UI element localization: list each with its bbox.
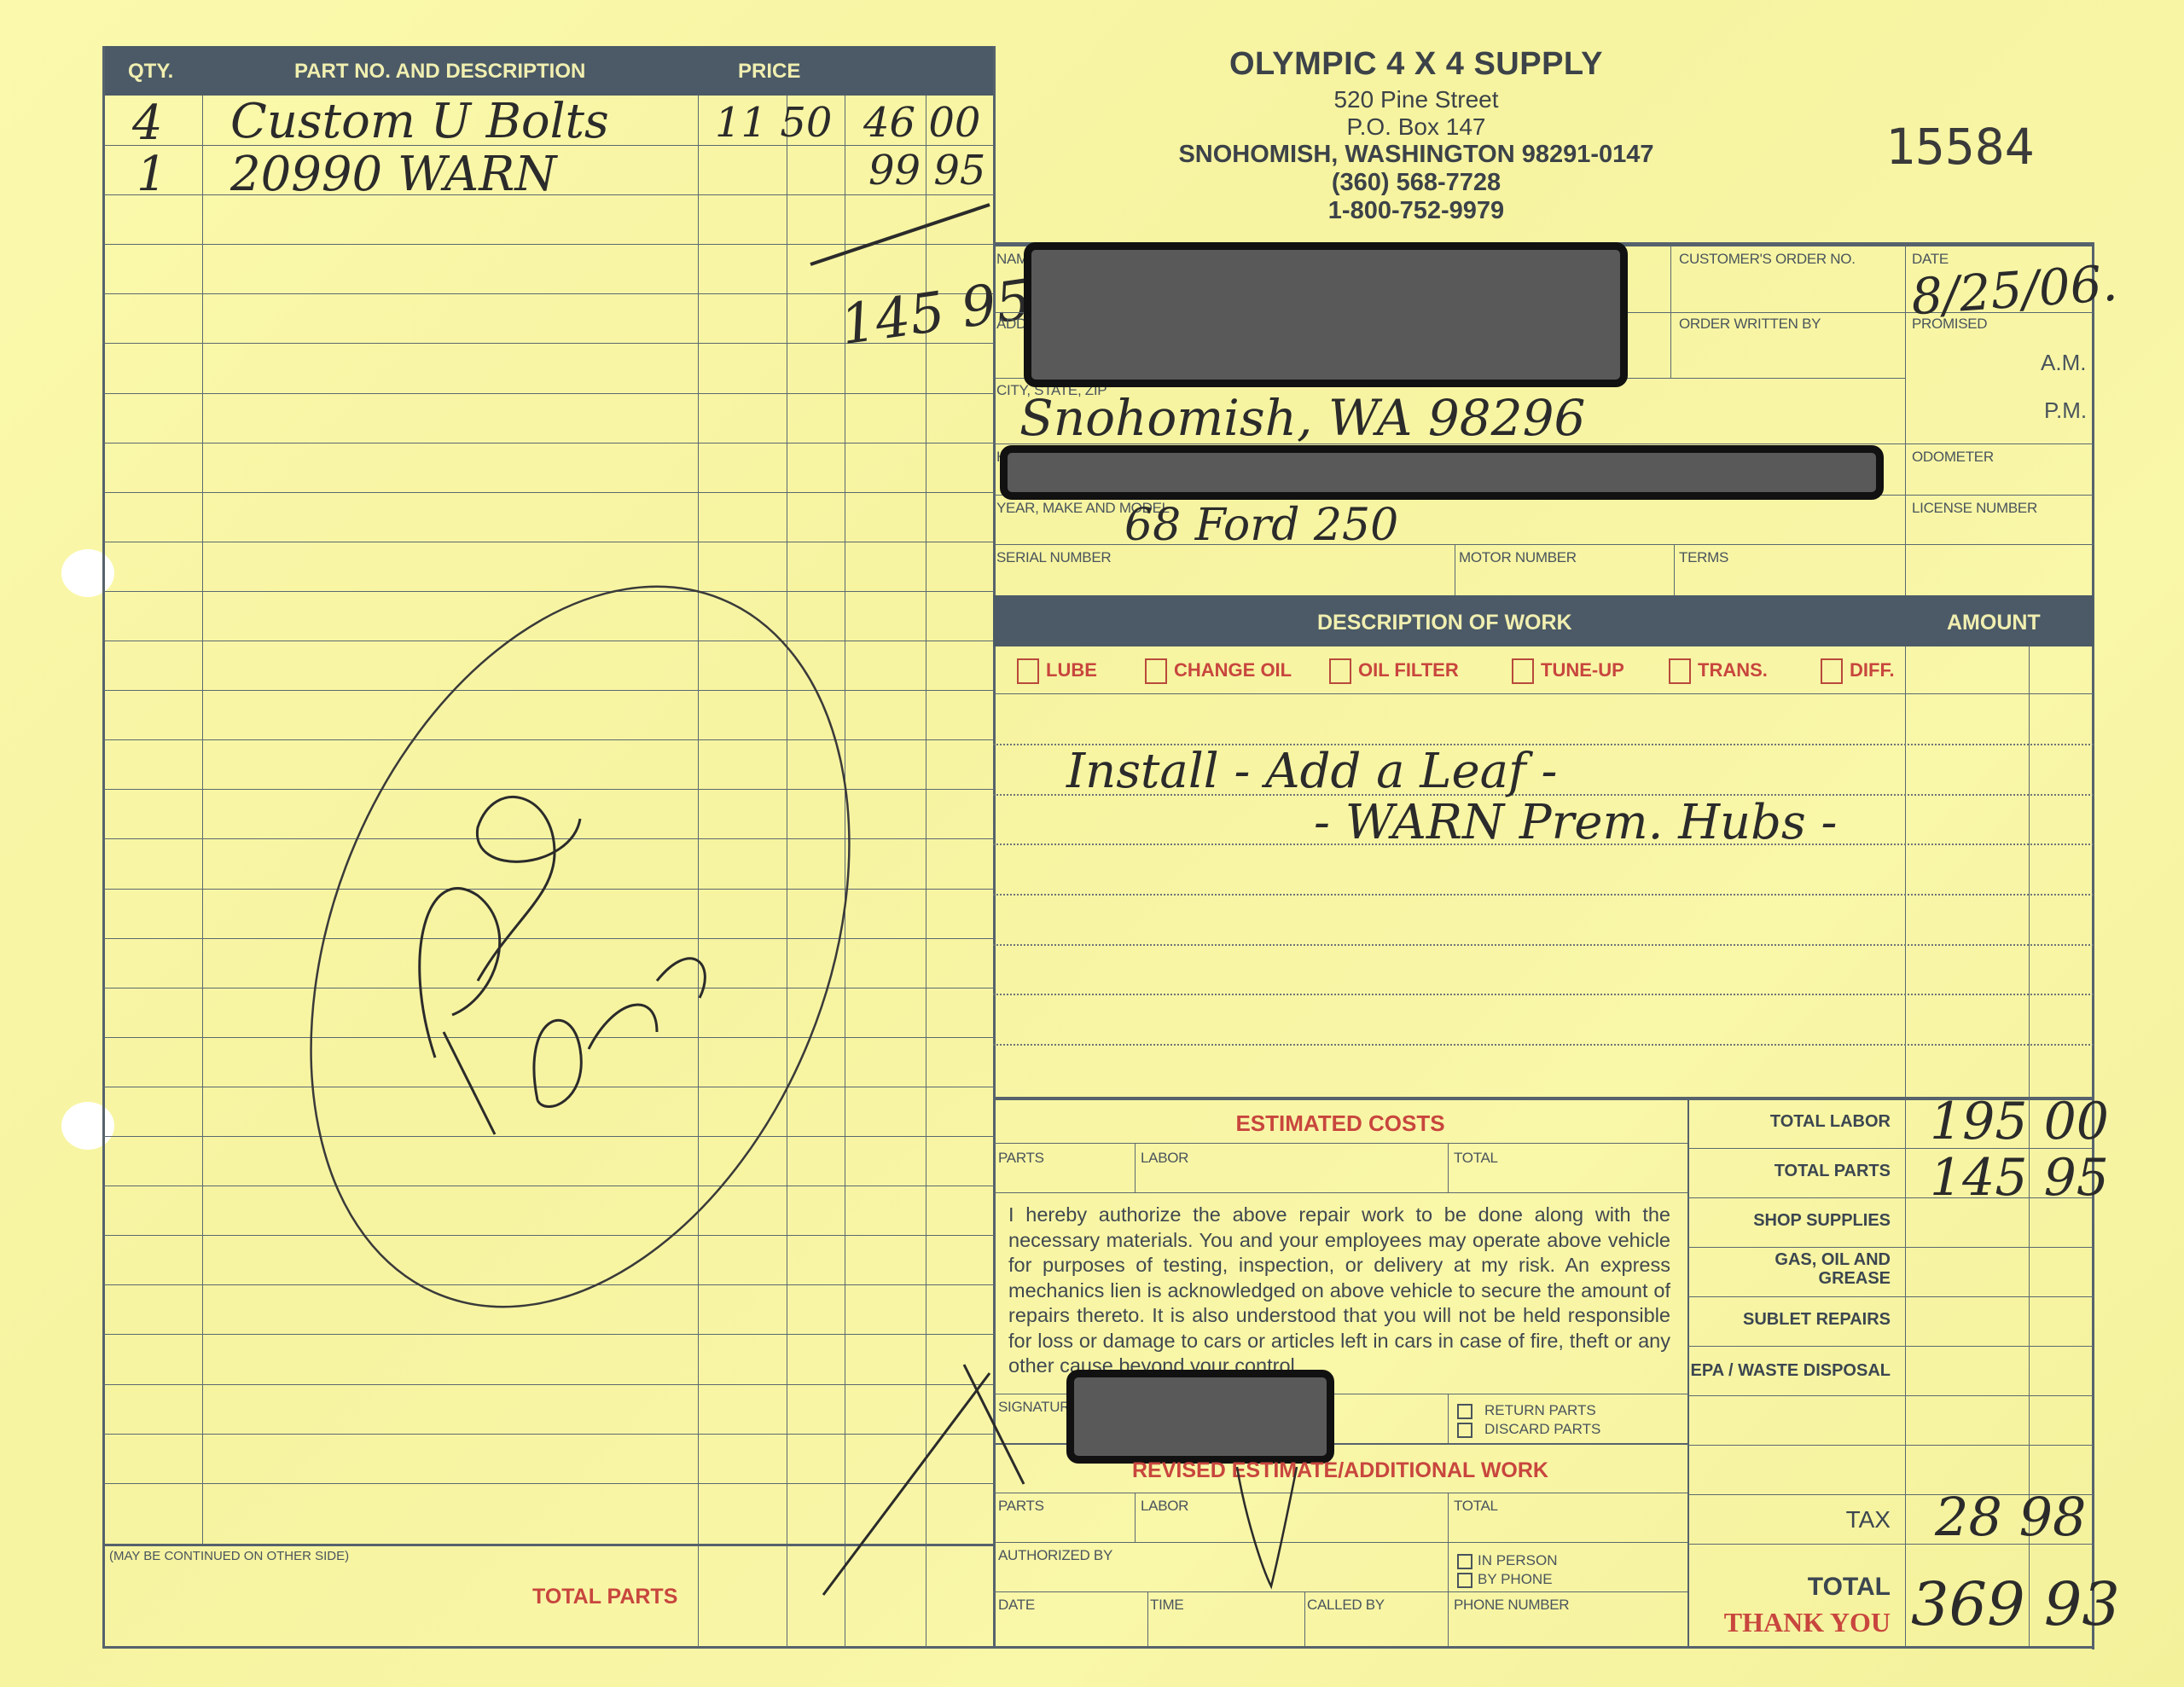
bottom-border bbox=[993, 1646, 2094, 1649]
lube-checkbox[interactable]: LUBE bbox=[1017, 658, 1097, 684]
work-header: DESCRIPTION OF WORK AMOUNT bbox=[993, 595, 2094, 646]
serial-number-label: SERIAL NUMBER bbox=[996, 549, 1111, 566]
table-border bbox=[102, 46, 105, 1648]
motor-number-label: MOTOR NUMBER bbox=[1459, 549, 1577, 566]
divider bbox=[1674, 544, 1675, 595]
handwritten-x-mark-icon bbox=[819, 1348, 1331, 1603]
punch-hole bbox=[61, 549, 114, 597]
divider bbox=[993, 693, 2094, 694]
tax-value: 28 98 bbox=[1935, 1486, 2087, 1548]
divider bbox=[1448, 1143, 1449, 1192]
phone-number-label: PHONE NUMBER bbox=[1454, 1597, 1569, 1614]
redacted-phone bbox=[1000, 445, 1884, 500]
divider bbox=[1905, 1099, 1906, 1649]
total-labor-value: 195 00 bbox=[1930, 1092, 2109, 1151]
total-parts-label-right: TOTAL PARTS bbox=[1689, 1162, 1891, 1181]
shop-supplies-label: SHOP SUPPLIES bbox=[1689, 1211, 1891, 1231]
in-person-checkbox[interactable]: IN PERSON bbox=[1457, 1552, 1558, 1569]
row-line bbox=[102, 443, 995, 443]
pm-label: P.M. bbox=[2044, 397, 2087, 424]
redacted-name-address bbox=[1024, 242, 1628, 387]
work-line-2: - WARN Prem. Hubs - bbox=[1314, 795, 1837, 850]
dotted-line bbox=[993, 894, 2094, 896]
divider bbox=[1135, 1143, 1136, 1192]
epa-waste-disposal-label: EPA / WASTE DISPOSAL bbox=[1689, 1361, 1891, 1381]
checkbox-icon[interactable] bbox=[1017, 658, 1039, 684]
divider bbox=[993, 1143, 1687, 1144]
divider bbox=[1448, 1394, 1449, 1443]
grand-total-label: TOTAL bbox=[1689, 1573, 1891, 1602]
license-number-label: LICENSE NUMBER bbox=[1912, 500, 2037, 517]
customer-order-no-label: CUSTOMER'S ORDER NO. bbox=[1679, 251, 1856, 268]
part-row-2-description: 20990 WARN bbox=[230, 147, 556, 202]
company-block: OLYMPIC 4 X 4 SUPPLY 520 Pine Street P.O… bbox=[1152, 46, 1681, 225]
company-toll-free: 1-800-752-9979 bbox=[1152, 197, 1681, 225]
checkbox-icon[interactable] bbox=[1512, 658, 1534, 684]
work-line-1: Install - Add a Leaf - bbox=[1066, 744, 1557, 799]
return-parts-checkbox[interactable]: RETURN PARTS bbox=[1457, 1402, 1596, 1419]
checkbox-icon[interactable] bbox=[1669, 658, 1691, 684]
discard-parts-checkbox[interactable]: DISCARD PARTS bbox=[1457, 1421, 1600, 1438]
invoice-number: 15584 bbox=[1885, 118, 2035, 176]
row-line bbox=[102, 492, 995, 493]
checkbox-icon[interactable] bbox=[1457, 1404, 1472, 1419]
row-line bbox=[102, 542, 995, 542]
company-po-box: P.O. Box 147 bbox=[1152, 113, 1681, 141]
circled-signature-icon bbox=[299, 571, 853, 1322]
am-label: A.M. bbox=[2041, 350, 2086, 376]
checkbox-icon[interactable] bbox=[1457, 1423, 1472, 1438]
est-total-label: TOTAL bbox=[1454, 1150, 1498, 1167]
table-border bbox=[102, 1646, 995, 1649]
checkbox-icon[interactable] bbox=[1457, 1554, 1472, 1569]
row-line bbox=[102, 393, 995, 394]
estimated-costs-title: ESTIMATED COSTS bbox=[993, 1110, 1687, 1137]
change-oil-checkbox[interactable]: CHANGE OIL bbox=[1145, 658, 1292, 684]
diff-checkbox[interactable]: DIFF. bbox=[1821, 658, 1895, 684]
divider bbox=[1687, 1247, 2094, 1248]
company-name: OLYMPIC 4 X 4 SUPPLY bbox=[1152, 46, 1681, 83]
qty-header: QTY. bbox=[128, 60, 173, 84]
part-row-2-qty: 1 bbox=[136, 147, 167, 202]
company-street: 520 Pine Street bbox=[1152, 86, 1681, 113]
checkbox-icon[interactable] bbox=[1329, 658, 1351, 684]
checkbox-icon[interactable] bbox=[1457, 1573, 1472, 1588]
grand-total-value: 369 93 bbox=[1911, 1569, 2120, 1639]
divider bbox=[993, 1097, 2094, 1100]
right-border bbox=[2092, 242, 2094, 1649]
gas-oil-grease-label: GAS, OIL AND GREASE bbox=[1757, 1250, 1891, 1288]
row-line bbox=[102, 1334, 995, 1335]
divider bbox=[1905, 246, 1906, 595]
total-labor-label: TOTAL LABOR bbox=[1689, 1112, 1891, 1132]
trans-checkbox[interactable]: TRANS. bbox=[1669, 658, 1768, 684]
divider bbox=[993, 1192, 1687, 1193]
odometer-label: ODOMETER bbox=[1912, 449, 1994, 466]
dotted-line bbox=[993, 994, 2094, 995]
tune-up-checkbox[interactable]: TUNE-UP bbox=[1512, 658, 1624, 684]
year-make-model-value: 68 Ford 250 bbox=[1124, 500, 1398, 551]
price-header: PRICE bbox=[738, 60, 800, 84]
company-phone: (360) 568-7728 bbox=[1152, 169, 1681, 197]
tax-label: TAX bbox=[1689, 1506, 1891, 1533]
divider bbox=[1448, 1493, 1449, 1648]
total-parts-value: 145 95 bbox=[1930, 1148, 2109, 1208]
part-row-1-price: 11 50 bbox=[715, 99, 832, 147]
est-labor-label: LABOR bbox=[1141, 1150, 1188, 1167]
order-written-by-label: ORDER WRITTEN BY bbox=[1679, 316, 1821, 333]
divider bbox=[1687, 1395, 2094, 1396]
est-parts-label: PARTS bbox=[998, 1150, 1044, 1167]
amount-header: AMOUNT bbox=[1947, 611, 2041, 635]
terms-label: TERMS bbox=[1679, 549, 1728, 566]
company-city: SNOHOMISH, WASHINGTON 98291-0147 bbox=[1152, 141, 1681, 169]
divider bbox=[1687, 1346, 2094, 1347]
description-header: PART NO. AND DESCRIPTION bbox=[294, 60, 585, 84]
divider bbox=[1687, 1296, 2094, 1297]
divider bbox=[1455, 544, 1455, 595]
part-row-2-amount: 99 95 bbox=[868, 147, 985, 194]
part-row-1-description: Custom U Bolts bbox=[230, 94, 609, 149]
column-divider bbox=[202, 96, 203, 1545]
amount-divider bbox=[1905, 646, 1906, 1099]
dotted-line bbox=[993, 944, 2094, 946]
amount-divider bbox=[2029, 646, 2030, 1099]
divider bbox=[1670, 378, 1905, 379]
divider bbox=[1687, 1445, 2094, 1446]
thank-you-text: THANK YOU bbox=[1689, 1607, 1891, 1638]
continued-note: (MAY BE CONTINUED ON OTHER SIDE) bbox=[109, 1549, 349, 1563]
checkbox-icon[interactable] bbox=[1145, 658, 1167, 684]
parts-table-header: QTY. PART NO. AND DESCRIPTION PRICE bbox=[102, 46, 995, 96]
description-of-work-header: DESCRIPTION OF WORK bbox=[1317, 611, 1572, 635]
oil-filter-checkbox[interactable]: OIL FILTER bbox=[1329, 658, 1459, 684]
total-parts-label: TOTAL PARTS bbox=[532, 1585, 677, 1609]
checkbox-icon[interactable] bbox=[1821, 658, 1843, 684]
punch-hole bbox=[61, 1102, 114, 1150]
city-state-zip-value: Snohomish, WA 98296 bbox=[1019, 389, 1585, 447]
rev-total-label: TOTAL bbox=[1454, 1498, 1498, 1515]
dotted-line bbox=[993, 1044, 2094, 1046]
by-phone-checkbox[interactable]: BY PHONE bbox=[1457, 1571, 1553, 1588]
sublet-repairs-label: SUBLET REPAIRS bbox=[1689, 1310, 1891, 1330]
part-row-1-qty: 4 bbox=[132, 96, 163, 151]
part-row-1-amount: 46 00 bbox=[863, 99, 980, 147]
